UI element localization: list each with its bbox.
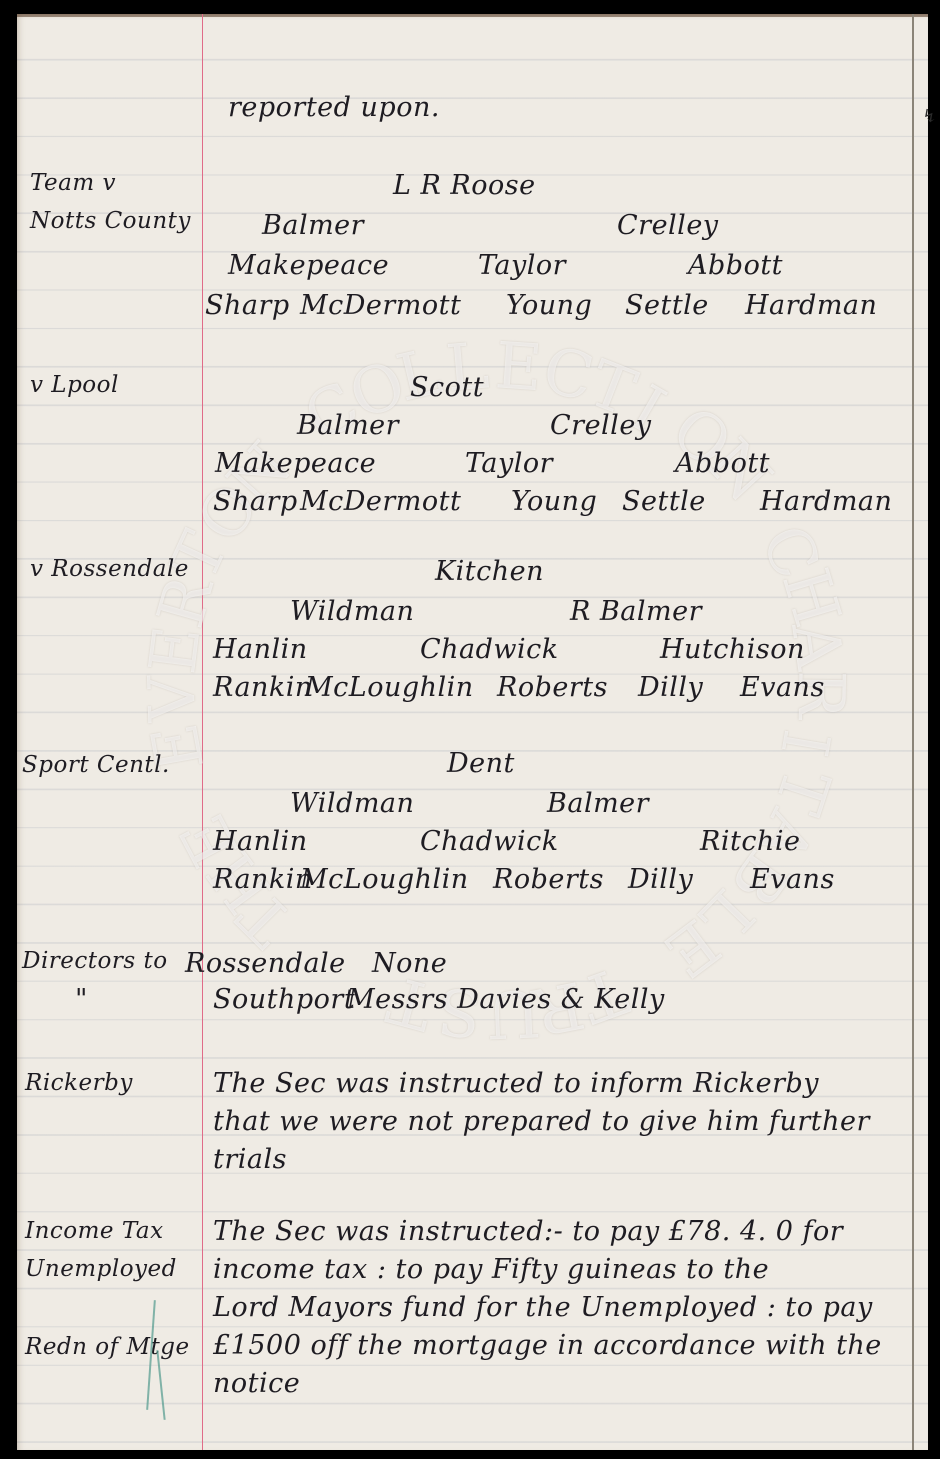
forward: Roberts [493, 864, 604, 895]
next-page-ink-mark: ↯ [922, 106, 937, 127]
margin-note: Rickerby [25, 1070, 133, 1096]
half-back: Abbott [688, 250, 783, 281]
half-back: Ritchie [700, 826, 800, 857]
back: Wildman [290, 596, 414, 627]
half-back: Makepeace [228, 250, 389, 281]
half-back: Hanlin [213, 634, 308, 665]
minute-line: The Sec was instructed to inform Rickerb… [213, 1068, 819, 1099]
margin-note: v Lpool [30, 372, 119, 398]
page-gutter [912, 14, 914, 1450]
half-back: Abbott [675, 448, 770, 479]
margin-note: Unemployed [25, 1256, 177, 1282]
minute-line: income tax : to pay Fifty guineas to the [213, 1254, 769, 1285]
half-back: Hanlin [213, 826, 308, 857]
forward: McLoughlin [305, 672, 474, 703]
ditto-mark: " [75, 984, 88, 1015]
goalkeeper: Dent [447, 748, 515, 779]
director-names: None [372, 948, 447, 979]
margin-note: v Rossendale [30, 556, 189, 582]
forward: Dilly [628, 864, 693, 895]
forward: Young [511, 486, 597, 517]
forward: Rankin [213, 864, 313, 895]
margin-note: Directors to [22, 948, 168, 974]
half-back: Taylor [478, 250, 566, 281]
minute-line: Lord Mayors fund for the Unemployed : to… [213, 1292, 873, 1323]
goalkeeper: Scott [410, 372, 484, 403]
forward: Rankin [213, 672, 313, 703]
margin-rule [202, 14, 203, 1450]
back: Crelley [617, 210, 719, 241]
minute-line: £1500 off the mortgage in accordance wit… [213, 1330, 882, 1361]
back: Balmer [547, 788, 649, 819]
back: Balmer [297, 410, 399, 441]
forward: Roberts [497, 672, 608, 703]
half-back: Chadwick [420, 826, 559, 857]
director-venue: Southport [213, 984, 355, 1015]
forward: Evans [740, 672, 825, 703]
continuation-text: reported upon. [228, 92, 440, 123]
director-venue: Rossendale [185, 948, 346, 979]
forward: Dilly [638, 672, 703, 703]
half-back: Hutchison [660, 634, 805, 665]
forward: Hardman [745, 290, 877, 321]
back: Wildman [290, 788, 414, 819]
forward: McLoughlin [300, 864, 469, 895]
minute-line: that we were not prepared to give him fu… [213, 1106, 870, 1137]
minute-line: trials [213, 1144, 287, 1175]
margin-note: Sport Centl. [22, 752, 170, 778]
forward: McDermott [300, 290, 461, 321]
margin-note: Notts County [30, 208, 191, 234]
back: R Balmer [570, 596, 702, 627]
margin-note: Team v [30, 170, 116, 196]
margin-note: Income Tax [25, 1218, 164, 1244]
goalkeeper: Kitchen [435, 556, 544, 587]
page-edge [17, 14, 928, 17]
back: Crelley [550, 410, 652, 441]
half-back: Makepeace [215, 448, 376, 479]
goalkeeper: L R Roose [393, 170, 536, 201]
back: Balmer [262, 210, 364, 241]
minute-line: notice [213, 1368, 300, 1399]
minute-line: The Sec was instructed:- to pay £78. 4. … [213, 1216, 843, 1247]
forward: Sharp [205, 290, 290, 321]
forward: Young [506, 290, 592, 321]
forward: Hardman [760, 486, 892, 517]
forward: Settle [622, 486, 706, 517]
forward: Sharp [213, 486, 298, 517]
forward: McDermott [300, 486, 461, 517]
half-back: Taylor [465, 448, 553, 479]
half-back: Chadwick [420, 634, 559, 665]
director-names: Messrs Davies & Kelly [347, 984, 665, 1015]
forward: Settle [625, 290, 709, 321]
margin-note: Redn of Mtge [25, 1334, 190, 1360]
forward: Evans [750, 864, 835, 895]
